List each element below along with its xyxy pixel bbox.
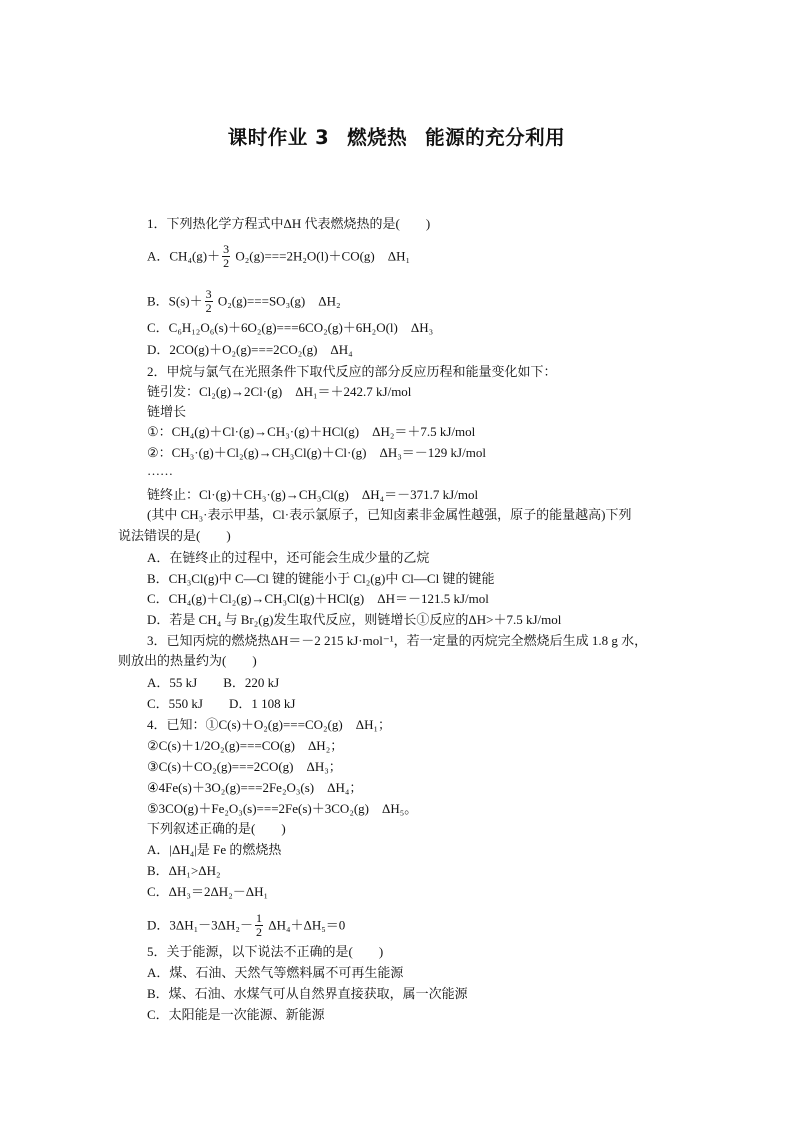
q1-stem: 1．下列热化学方程式中ΔH 代表燃烧热的是( )	[147, 216, 430, 232]
fraction-numerator: 3	[205, 288, 213, 302]
q2-stem: 2．甲烷与氯气在光照条件下取代反应的部分反应历程和能量变化如下：	[147, 364, 557, 380]
q4-equation-3: ③C(s)＋CO₂(g)===2CO(g) ΔH₃；	[147, 759, 342, 775]
equation-right: O₂(g)===2H₂O(l)＋CO(g) ΔH₁	[232, 248, 410, 263]
q3-stem: 3．已知丙烷的燃烧热ΔH＝－2 215 kJ·mol⁻¹，若一定量的丙烷完全燃烧…	[147, 633, 647, 649]
q3-question: 则放出的热量约为( )	[118, 653, 257, 669]
q2-chain-termination: 链终止：Cl·(g)＋CH₃·(g)→CH₃Cl(g) ΔH₄＝－371.7 k…	[147, 487, 478, 503]
equation-left: S(s)＋	[169, 293, 203, 308]
title-topic-combustion-heat: 燃烧热	[347, 126, 407, 149]
q2-chain-initiation: 链引发：Cl₂(g)→2Cl·(g) ΔH₁＝＋242.7 kJ/mol	[147, 384, 411, 400]
fraction-denominator: 2	[222, 257, 230, 270]
page-title: 课时作业 3燃烧热能源的充分利用	[0, 122, 793, 150]
fraction: 32	[222, 243, 230, 270]
q4-option-c[interactable]: C．ΔH₃＝2ΔH₂－ΔH₁	[147, 884, 268, 900]
q5-option-b[interactable]: B．煤、石油、水煤气可从自然界直接获取，属一次能源	[147, 986, 468, 1002]
option-text: C₆H₁₂O₆(s)＋6O₂(g)===6CO₂(g)＋6H₂O(l) ΔH₃	[169, 320, 433, 335]
q5-option-c[interactable]: C．太阳能是一次能源、新能源	[147, 1007, 325, 1023]
q4-equation-5: ⑤3CO(g)＋Fe₂O₃(s)===2Fe(s)＋3CO₂(g) ΔH₅。	[147, 801, 417, 817]
q1-option-b[interactable]: B．S(s)＋32 O₂(g)===SO₃(g) ΔH₂	[147, 289, 341, 316]
option-label: D．	[147, 342, 169, 357]
q3-options-cd[interactable]: C．550 kJ D．1 108 kJ	[147, 696, 295, 712]
q2-chain-propagation-label: 链增长	[147, 404, 186, 420]
q2-option-b[interactable]: B．CH₃Cl(g)中 C—Cl 键的键能小于 Cl₂(g)中 Cl—Cl 键的…	[147, 571, 494, 587]
q2-option-c[interactable]: C．CH₄(g)＋Cl₂(g)→CH₃Cl(g)＋HCl(g) ΔH＝－121.…	[147, 591, 489, 607]
option-label: C．	[147, 320, 169, 335]
q4-equation-1: 4．已知：①C(s)＋O₂(g)===CO₂(g) ΔH₁；	[147, 717, 391, 733]
option-label: B．	[147, 293, 169, 308]
q4-option-a[interactable]: A．|ΔH₄|是 Fe 的燃烧热	[147, 842, 281, 858]
fraction-denominator: 2	[255, 926, 263, 939]
q4-option-d[interactable]: D．3ΔH₁－3ΔH₂－12 ΔH₄＋ΔH₅＝0	[147, 913, 345, 940]
q2-option-d[interactable]: D．若是 CH₄ 与 Br₂(g)发生取代反应，则链增长①反应的ΔH>＋7.5 …	[147, 612, 561, 628]
q2-note: (其中 CH₃·表示甲基，Cl·表示氯原子，已知卤素非金属性越强，原子的能量越高…	[147, 507, 631, 523]
option-text: 2CO(g)＋O₂(g)===2CO₂(g) ΔH₄	[169, 342, 352, 357]
option-label: A．	[147, 248, 169, 263]
equation-left: CH₄(g)＋	[169, 248, 220, 263]
q1-option-c[interactable]: C．C₆H₁₂O₆(s)＋6O₂(g)===6CO₂(g)＋6H₂O(l) ΔH…	[147, 320, 433, 336]
fraction-numerator: 3	[222, 243, 230, 257]
q4-option-b[interactable]: B．ΔH₁>ΔH₂	[147, 863, 221, 879]
equation-right: O₂(g)===SO₃(g) ΔH₂	[215, 293, 341, 308]
fraction-denominator: 2	[205, 302, 213, 315]
q4-question: 下列叙述正确的是( )	[147, 821, 286, 837]
title-topic-energy-use: 能源的充分利用	[425, 126, 565, 149]
equation-left: D．3ΔH₁－3ΔH₂－	[147, 917, 253, 932]
q2-option-a[interactable]: A．在链终止的过程中，还可能会生成少量的乙烷	[147, 550, 429, 566]
q5-option-a[interactable]: A．煤、石油、天然气等燃料属不可再生能源	[147, 965, 403, 981]
q2-question: 说法错误的是( )	[118, 528, 231, 544]
q3-options-ab[interactable]: A．55 kJ B．220 kJ	[147, 675, 279, 691]
q4-equation-2: ②C(s)＋1/2O₂(g)===CO(g) ΔH₂；	[147, 738, 343, 754]
equation-right: ΔH₄＋ΔH₅＝0	[265, 917, 345, 932]
q2-propagation-step-1: ①：CH₄(g)＋Cl·(g)→CH₃·(g)＋HCl(g) ΔH₂＝＋7.5 …	[147, 424, 475, 440]
fraction: 12	[255, 912, 263, 939]
fraction-numerator: 1	[255, 912, 263, 926]
q1-option-a[interactable]: A．CH₄(g)＋32 O₂(g)===2H₂O(l)＋CO(g) ΔH₁	[147, 244, 410, 271]
q2-propagation-step-2: ②：CH₃·(g)＋Cl₂(g)→CH₃Cl(g)＋Cl·(g) ΔH₃＝－12…	[147, 445, 486, 461]
fraction: 32	[205, 288, 213, 315]
q2-ellipsis: ……	[147, 463, 173, 479]
title-lesson: 课时作业 3	[228, 126, 329, 149]
q1-option-d[interactable]: D．2CO(g)＋O₂(g)===2CO₂(g) ΔH₄	[147, 342, 353, 358]
q4-equation-4: ④4Fe(s)＋3O₂(g)===2Fe₂O₃(s) ΔH₄；	[147, 780, 362, 796]
q5-stem: 5．关于能源，以下说法不正确的是( )	[147, 944, 383, 960]
